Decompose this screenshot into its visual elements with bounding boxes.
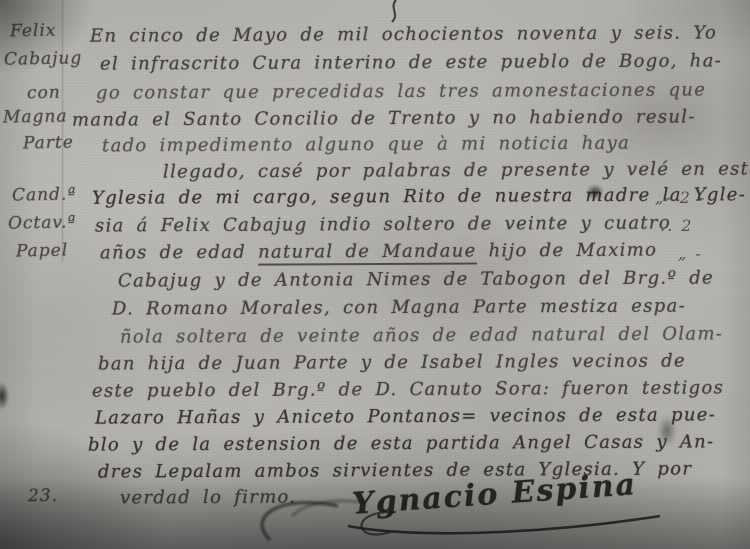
fee-amount-papel: „ - [678, 244, 703, 263]
manuscript-line: D. Romano Morales, con Magna Parte mesti… [112, 295, 686, 319]
margin-note-fee-candelas: Cand.ª [12, 184, 77, 205]
manuscript-line: sia á Felix Cabajug indio soltero de vei… [95, 212, 671, 236]
fee-amount-octava: .. 2 [660, 216, 693, 235]
margin-note-fee-papel: Papel [16, 241, 69, 262]
manuscript-line: este pueblo del Brg.º de D. Canuto Sora:… [92, 377, 724, 401]
manuscript-line: Cabajug y de Antonia Nimes de Tabogon de… [118, 267, 714, 291]
manuscript-line: años de edad natural de Mandaue hijo de … [100, 240, 657, 264]
margin-note-bride-first-name: Magna [3, 106, 68, 127]
line-segment: años de edad [100, 242, 258, 264]
manuscript-line: blo y de la estension de esta partida An… [88, 431, 714, 455]
margin-note-fee-octava: Octav.ª [8, 212, 77, 233]
cutoff-stroke-mark [385, 0, 407, 24]
manuscript-line: manda el Santo Concilio de Trento y no h… [72, 106, 696, 130]
fee-amount-candelas: „- 2 - [655, 188, 706, 207]
line-segment: hijo de Maximo [477, 240, 658, 262]
manuscript-line: Yglesia de mi cargo, segun Rito de nuest… [92, 184, 746, 208]
manuscript-line: go constar que precedidas las tres amone… [96, 79, 706, 103]
manuscript-line: el infrascrito Cura interino de este pue… [100, 50, 722, 74]
margin-note-entry-number: 23. [28, 486, 58, 507]
manuscript-line: tado impedimento alguno que à mi noticia… [102, 133, 630, 157]
margin-note-bride-surname: Parte [23, 133, 74, 154]
manuscript-line: Lazaro Hañas y Aniceto Pontanos= vecinos… [95, 404, 716, 428]
underlined-phrase-natural-de-mandaue: natural de Mandaue [258, 240, 477, 265]
margin-note-groom-first-name: Felix [10, 21, 57, 42]
manuscript-line: ñola soltera de veinte años de edad natu… [120, 323, 723, 347]
manuscript-line: llegado, casé por palabras de presente y… [163, 158, 750, 182]
manuscript-line: En cinco de Mayo de mil ochocientos nove… [90, 22, 717, 46]
edge-ink-mark [0, 382, 9, 410]
manuscript-page: Felix Cabajug con Magna Parte Cand.ª Oct… [0, 0, 750, 549]
margin-note-con: con [27, 83, 61, 104]
manuscript-line: verdad lo firmo. [120, 487, 296, 509]
margin-note-groom-surname: Cabajug [4, 48, 83, 69]
manuscript-line: ban hija de Juan Parte y de Isabel Ingle… [98, 350, 686, 374]
